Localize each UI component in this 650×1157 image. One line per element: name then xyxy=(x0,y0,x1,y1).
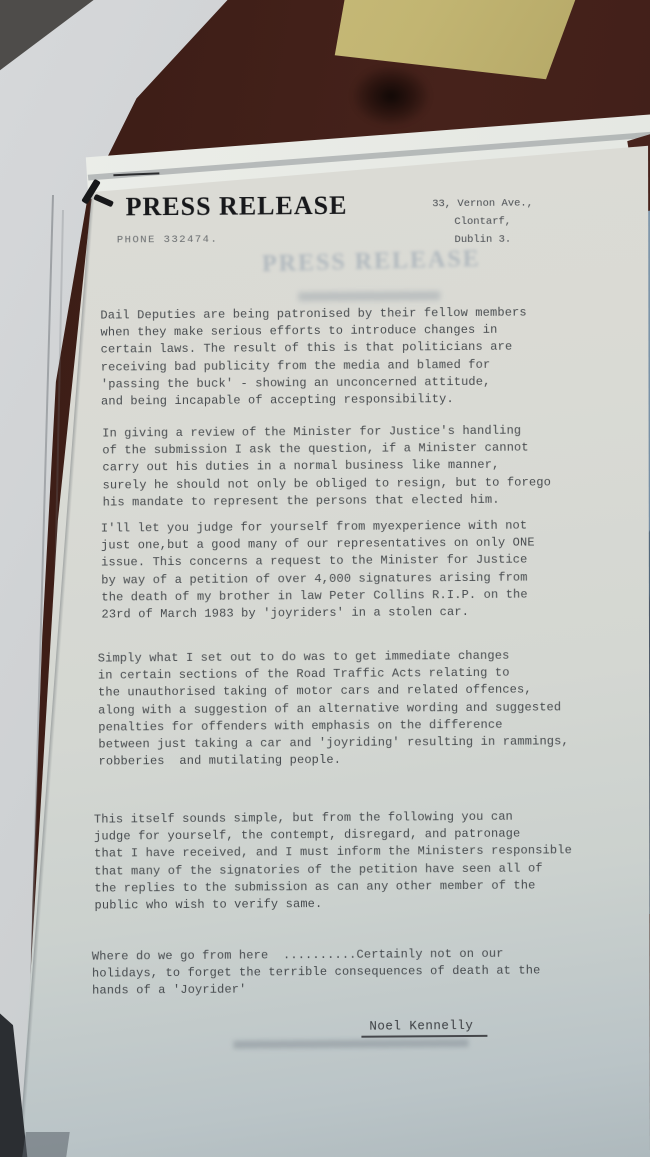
pen-corner-mark xyxy=(93,194,114,208)
bleed-through-bottom-text xyxy=(233,1039,468,1049)
photographed-press-release: A g PRESS RELEASE PHONE 332474. 33, Vern… xyxy=(0,0,650,1157)
pen-rule-mark xyxy=(113,172,159,176)
paragraph-3: I'll let you judge for yourself from mye… xyxy=(101,518,535,624)
paragraph-1: Dail Deputies are being patronised by th… xyxy=(100,305,527,411)
phone-number: PHONE 332474. xyxy=(117,234,219,247)
paragraph-5: This itself sounds simple, but from the … xyxy=(94,808,573,915)
address-line-2: Clontarf, xyxy=(416,212,550,231)
paragraph-2: In giving a review of the Minister for J… xyxy=(102,422,551,511)
press-release-title: PRESS RELEASE xyxy=(126,191,348,223)
signature-name: Noel Kennelly xyxy=(361,1019,487,1038)
paragraph-4: Simply what I set out to do was to get i… xyxy=(98,647,569,771)
bleed-through-title: PRESS RELEASE xyxy=(262,246,481,278)
paragraph-6: Where do we go from here ..........Certa… xyxy=(92,945,541,1000)
address-block: 33, Vernon Ave., Clontarf, Dublin 3. xyxy=(416,194,550,249)
address-line-1: 33, Vernon Ave., xyxy=(416,194,550,213)
bleed-through-subtitle xyxy=(298,291,440,301)
document-content: PRESS RELEASE PHONE 332474. 33, Vernon A… xyxy=(0,0,650,1157)
